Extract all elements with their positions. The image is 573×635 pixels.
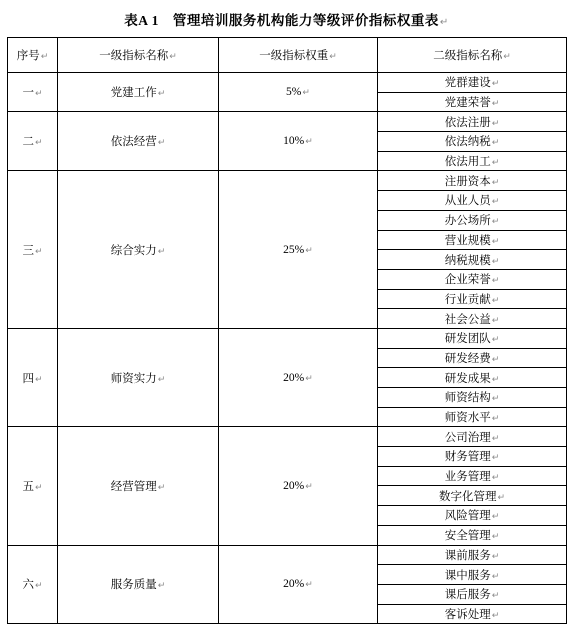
paragraph-mark: ↵ [492, 512, 500, 522]
table-caption: 表A 1 管理培训服务机构能力等级评价指标权重表↵ [0, 0, 573, 29]
paragraph-mark: ↵ [492, 394, 500, 404]
paragraph-mark: ↵ [158, 483, 166, 493]
serial-cell-text: 四 [22, 373, 34, 385]
weight-cell: 20%↵ [219, 427, 378, 545]
paragraph-mark: ↵ [492, 611, 500, 621]
serial-cell-text: 六 [22, 579, 34, 591]
paragraph-mark: ↵ [492, 99, 500, 109]
sub-indicator-cell-text: 课中服务 [445, 570, 491, 582]
sub-indicator-cell-text: 财务管理 [445, 451, 491, 463]
sub-indicator-cell: 安全管理↵ [378, 525, 567, 545]
sub-indicator-cell-text: 行业贡献 [445, 294, 491, 306]
sub-indicator-cell-text: 党群建设 [445, 77, 491, 89]
sub-indicator-cell: 数字化管理↵ [378, 486, 567, 506]
paragraph-mark: ↵ [35, 483, 43, 493]
column-header-label: 一级指标名称 [99, 50, 168, 62]
paragraph-mark: ↵ [492, 237, 500, 247]
paragraph-mark: ↵ [302, 88, 310, 98]
weight-cell-text: 25% [283, 244, 304, 256]
weight-cell: 20%↵ [219, 545, 378, 624]
serial-cell: 四↵ [8, 328, 58, 426]
sub-indicator-cell-text: 师资水平 [445, 412, 491, 424]
sub-indicator-cell: 依法用工↵ [378, 151, 567, 171]
paragraph-mark: ↵ [35, 89, 43, 99]
weight-cell-text: 20% [283, 480, 304, 492]
paragraph-mark: ↵ [158, 138, 166, 148]
paragraph-mark: ↵ [492, 138, 500, 148]
paragraph-mark: ↵ [492, 572, 500, 582]
sub-indicator-cell: 研发团队↵ [378, 328, 567, 348]
serial-cell-text: 二 [22, 136, 34, 148]
sub-indicator-cell: 纳税规模↵ [378, 250, 567, 270]
paragraph-mark: ↵ [492, 296, 500, 306]
sub-indicator-cell-text: 从业人员 [445, 195, 491, 207]
sub-indicator-cell-text: 研发成果 [445, 373, 491, 385]
serial-cell: 三↵ [8, 171, 58, 329]
sub-indicator-cell-text: 数字化管理 [439, 491, 497, 503]
weight-cell-text: 20% [283, 578, 304, 590]
paragraph-mark: ↵ [305, 580, 313, 590]
sub-indicator-cell: 公司治理↵ [378, 427, 567, 447]
sub-indicator-cell: 注册资本↵ [378, 171, 567, 191]
sub-indicator-cell: 业务管理↵ [378, 466, 567, 486]
serial-cell-text: 五 [22, 481, 34, 493]
paragraph-mark: ↵ [35, 375, 43, 385]
column-header-label: 一级指标权重 [259, 50, 328, 62]
column-header-serial: 序号↵ [8, 38, 58, 73]
sub-indicator-cell-text: 依法用工 [445, 156, 491, 168]
paragraph-mark: ↵ [492, 335, 500, 345]
paragraph-mark: ↵ [492, 257, 500, 267]
weight-cell: 10%↵ [219, 112, 378, 171]
column-header-label: 二级指标名称 [433, 50, 502, 62]
column-header-level1-name: 一级指标名称↵ [58, 38, 219, 73]
serial-cell: 一↵ [8, 73, 58, 112]
indicator-name-cell: 依法经营↵ [58, 112, 219, 171]
paragraph-mark: ↵ [492, 217, 500, 227]
sub-indicator-cell-text: 注册资本 [445, 176, 491, 188]
table-row: 一↵党建工作↵5%↵党群建设↵ [8, 73, 567, 93]
paragraph-mark: ↵ [492, 552, 500, 562]
sub-indicator-cell-text: 安全管理 [445, 530, 491, 542]
paragraph-mark: ↵ [492, 434, 500, 444]
sub-indicator-cell: 研发经费↵ [378, 348, 567, 368]
table-row: 六↵服务质量↵20%↵课前服务↵ [8, 545, 567, 565]
paragraph-mark: ↵ [492, 355, 500, 365]
sub-indicator-cell: 行业贡献↵ [378, 289, 567, 309]
sub-indicator-cell: 办公场所↵ [378, 210, 567, 230]
paragraph-mark: ↵ [492, 276, 500, 286]
table-caption-text: 表A 1 管理培训服务机构能力等级评价指标权重表 [124, 13, 439, 28]
sub-indicator-cell-text: 纳税规模 [445, 255, 491, 267]
paragraph-mark: ↵ [169, 52, 177, 62]
sub-indicator-cell: 客诉处理↵ [378, 604, 567, 624]
weight-cell: 20%↵ [219, 328, 378, 426]
indicator-name-cell-text: 师资实力 [111, 373, 157, 385]
paragraph-mark: ↵ [492, 158, 500, 168]
paragraph-mark: ↵ [305, 374, 313, 384]
paragraph-mark: ↵ [35, 138, 43, 148]
indicator-name-cell: 党建工作↵ [58, 73, 219, 112]
paragraph-mark: ↵ [492, 197, 500, 207]
paragraph-mark: ↵ [492, 591, 500, 601]
paragraph-mark: ↵ [305, 482, 313, 492]
serial-cell: 五↵ [8, 427, 58, 545]
table-row: 五↵经营管理↵20%↵公司治理↵ [8, 427, 567, 447]
weight-cell-text: 20% [283, 372, 304, 384]
sub-indicator-cell: 课后服务↵ [378, 584, 567, 604]
sub-indicator-cell-text: 业务管理 [445, 471, 491, 483]
paragraph-mark: ↵ [492, 316, 500, 326]
sub-indicator-cell-text: 课前服务 [445, 550, 491, 562]
header-row: 序号↵ 一级指标名称↵ 一级指标权重↵ 二级指标名称↵ [8, 38, 567, 73]
paragraph-mark: ↵ [492, 375, 500, 385]
column-header-level2-name: 二级指标名称↵ [378, 38, 567, 73]
table-row: 四↵师资实力↵20%↵研发团队↵ [8, 328, 567, 348]
indicator-name-cell: 服务质量↵ [58, 545, 219, 624]
sub-indicator-cell: 党建荣誉↵ [378, 92, 567, 112]
sub-indicator-cell-text: 营业规模 [445, 235, 491, 247]
paragraph-mark: ↵ [492, 532, 500, 542]
paragraph-mark: ↵ [492, 414, 500, 424]
sub-indicator-cell: 从业人员↵ [378, 191, 567, 211]
serial-cell: 六↵ [8, 545, 58, 624]
sub-indicator-cell-text: 公司治理 [445, 432, 491, 444]
paragraph-mark: ↵ [329, 52, 337, 62]
sub-indicator-cell: 课中服务↵ [378, 565, 567, 585]
weight-cell: 5%↵ [219, 73, 378, 112]
sub-indicator-cell: 依法注册↵ [378, 112, 567, 132]
sub-indicator-cell-text: 依法纳税 [445, 136, 491, 148]
paragraph-mark: ↵ [492, 473, 500, 483]
table-row: 三↵综合实力↵25%↵注册资本↵ [8, 171, 567, 191]
sub-indicator-cell-text: 研发团队 [445, 333, 491, 345]
indicator-name-cell: 师资实力↵ [58, 328, 219, 426]
sub-indicator-cell: 营业规模↵ [378, 230, 567, 250]
paragraph-mark: ↵ [41, 52, 49, 62]
indicator-name-cell: 经营管理↵ [58, 427, 219, 545]
paragraph-mark: ↵ [492, 119, 500, 129]
paragraph-mark: ↵ [503, 52, 511, 62]
paragraph-mark: ↵ [35, 247, 43, 257]
paragraph-mark: ↵ [305, 137, 313, 147]
paragraph-mark: ↵ [492, 178, 500, 188]
sub-indicator-cell-text: 社会公益 [445, 314, 491, 326]
paragraph-mark: ↵ [35, 581, 43, 591]
sub-indicator-cell-text: 依法注册 [445, 117, 491, 129]
column-header-label: 序号 [17, 50, 40, 62]
indicator-name-cell-text: 依法经营 [111, 136, 157, 148]
paragraph-mark: ↵ [492, 453, 500, 463]
paragraph-mark: ↵ [497, 493, 505, 503]
indicator-name-cell-text: 服务质量 [111, 579, 157, 591]
sub-indicator-cell-text: 课后服务 [445, 589, 491, 601]
sub-indicator-cell: 师资结构↵ [378, 388, 567, 408]
indicator-name-cell-text: 综合实力 [111, 245, 157, 257]
sub-indicator-cell: 依法纳税↵ [378, 132, 567, 152]
paragraph-mark: ↵ [158, 375, 166, 385]
serial-cell: 二↵ [8, 112, 58, 171]
sub-indicator-cell: 研发成果↵ [378, 368, 567, 388]
sub-indicator-cell-text: 风险管理 [445, 510, 491, 522]
sub-indicator-cell-text: 研发经费 [445, 353, 491, 365]
sub-indicator-cell: 师资水平↵ [378, 407, 567, 427]
table-row: 二↵依法经营↵10%↵依法注册↵ [8, 112, 567, 132]
paragraph-mark: ↵ [158, 247, 166, 257]
sub-indicator-cell-text: 党建荣誉 [445, 97, 491, 109]
sub-indicator-cell: 财务管理↵ [378, 447, 567, 467]
paragraph-mark: ↵ [440, 17, 449, 28]
serial-cell-text: 一 [22, 87, 34, 99]
indicator-name-cell: 综合实力↵ [58, 171, 219, 329]
weight-cell-text: 5% [286, 86, 301, 98]
paragraph-mark: ↵ [158, 581, 166, 591]
document-page: 表A 1 管理培训服务机构能力等级评价指标权重表↵ 序号↵ 一级指标名称↵ 一级… [0, 0, 573, 624]
serial-cell-text: 三 [22, 245, 34, 257]
sub-indicator-cell-text: 客诉处理 [445, 609, 491, 621]
column-header-level1-weight: 一级指标权重↵ [219, 38, 378, 73]
sub-indicator-cell-text: 企业荣誉 [445, 274, 491, 286]
sub-indicator-cell-text: 办公场所 [445, 215, 491, 227]
sub-indicator-cell: 风险管理↵ [378, 506, 567, 526]
indicator-name-cell-text: 党建工作 [111, 87, 157, 99]
sub-indicator-cell: 党群建设↵ [378, 73, 567, 93]
weight-cell: 25%↵ [219, 171, 378, 329]
paragraph-mark: ↵ [492, 79, 500, 89]
indicator-name-cell-text: 经营管理 [111, 481, 157, 493]
weight-cell-text: 10% [283, 135, 304, 147]
paragraph-mark: ↵ [158, 89, 166, 99]
indicator-weight-table: 序号↵ 一级指标名称↵ 一级指标权重↵ 二级指标名称↵ 一↵党建工作↵5%↵党群… [7, 37, 567, 624]
paragraph-mark: ↵ [305, 246, 313, 256]
sub-indicator-cell: 社会公益↵ [378, 309, 567, 329]
sub-indicator-cell-text: 师资结构 [445, 392, 491, 404]
sub-indicator-cell: 课前服务↵ [378, 545, 567, 565]
sub-indicator-cell: 企业荣誉↵ [378, 269, 567, 289]
